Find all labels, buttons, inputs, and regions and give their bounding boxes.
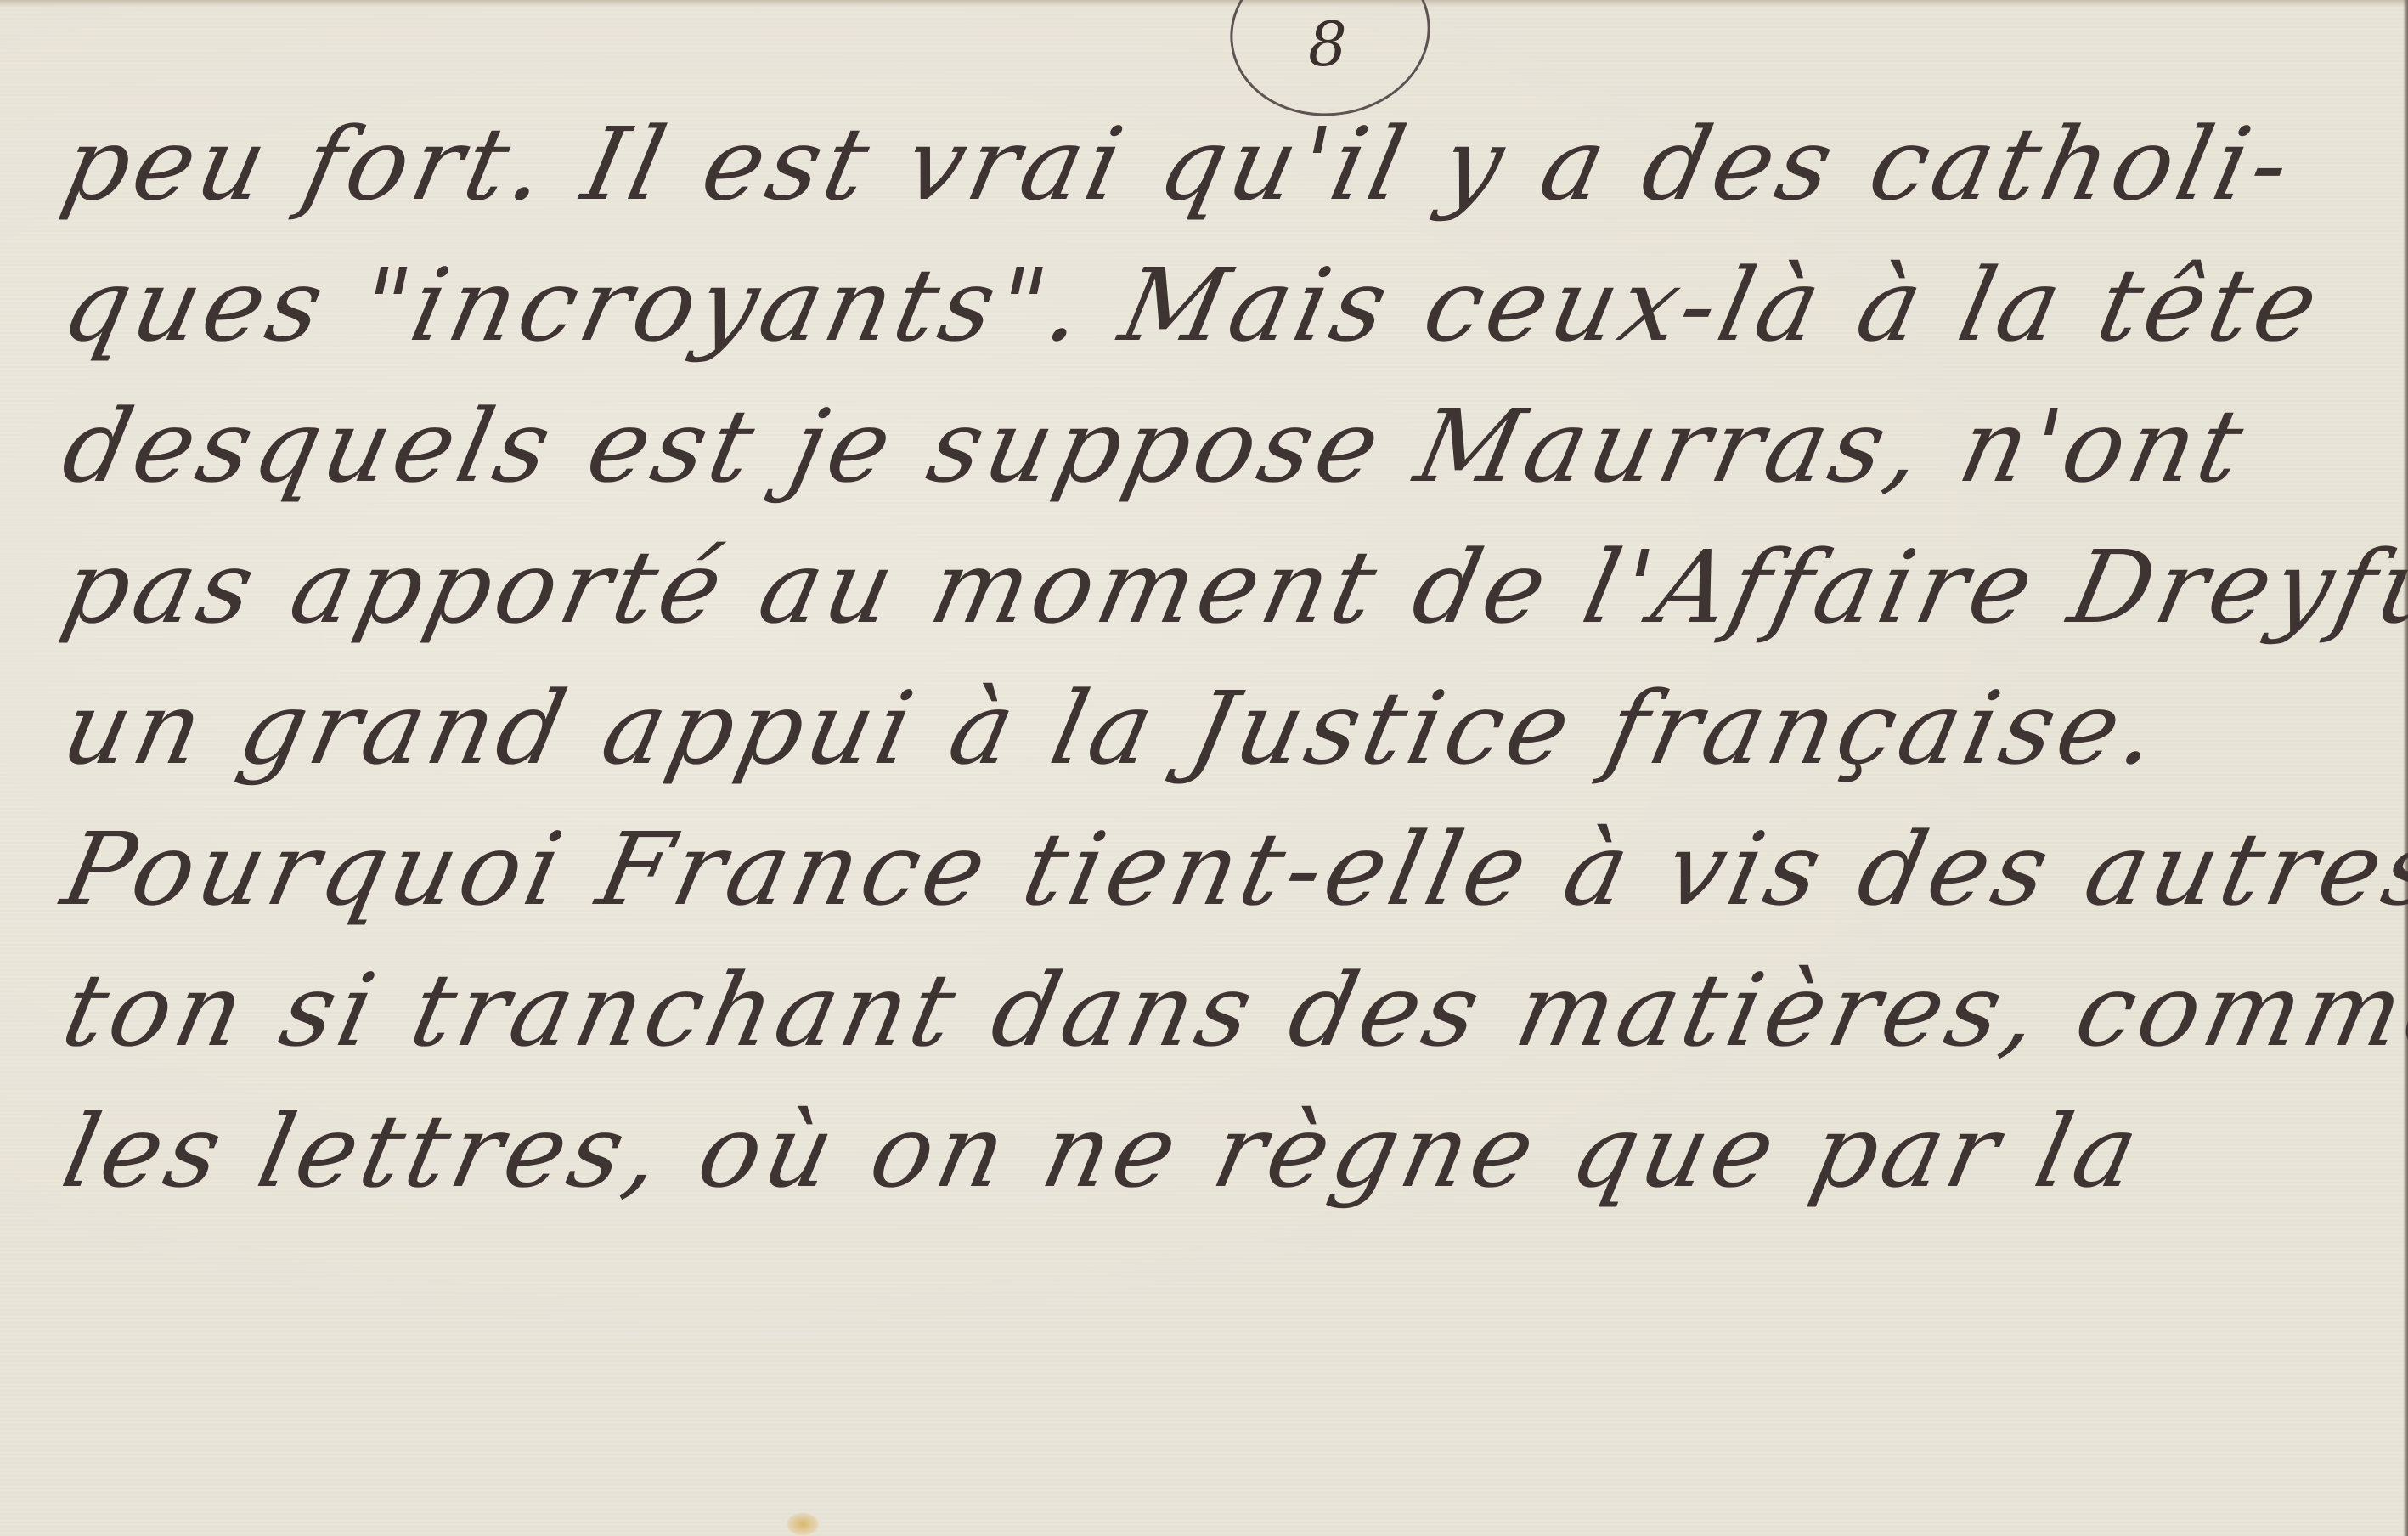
text-line-4: pas apporté au moment de l'Affaire Dreyf… xyxy=(51,517,2408,658)
page-number: 8 xyxy=(1308,8,1347,80)
text-line-5: un grand appui à la Justice française. xyxy=(51,658,2408,799)
text-line-2: ques "incroyants". Mais ceux-là à la têt… xyxy=(51,234,2408,376)
text-line-6: Pourquoi France tient-elle à vis des aut… xyxy=(51,799,2408,940)
text-line-7: ton si tranchant dans des matières, comm… xyxy=(51,940,2408,1081)
text-line-1: peu fort. Il est vrai qu'il y a des cath… xyxy=(51,93,2408,234)
paper-stain xyxy=(786,1512,820,1536)
text-line-8: les lettres, où on ne règne que par la xyxy=(51,1081,2408,1222)
handwritten-text-body: peu fort. Il est vrai qu'il y a des cath… xyxy=(51,93,2378,1222)
paper-top-edge xyxy=(0,0,2408,7)
text-line-3: desquels est je suppose Maurras, n'ont xyxy=(51,376,2408,517)
manuscript-page: 8 peu fort. Il est vrai qu'il y a des ca… xyxy=(0,0,2408,1536)
paper-right-edge xyxy=(2403,0,2408,1536)
